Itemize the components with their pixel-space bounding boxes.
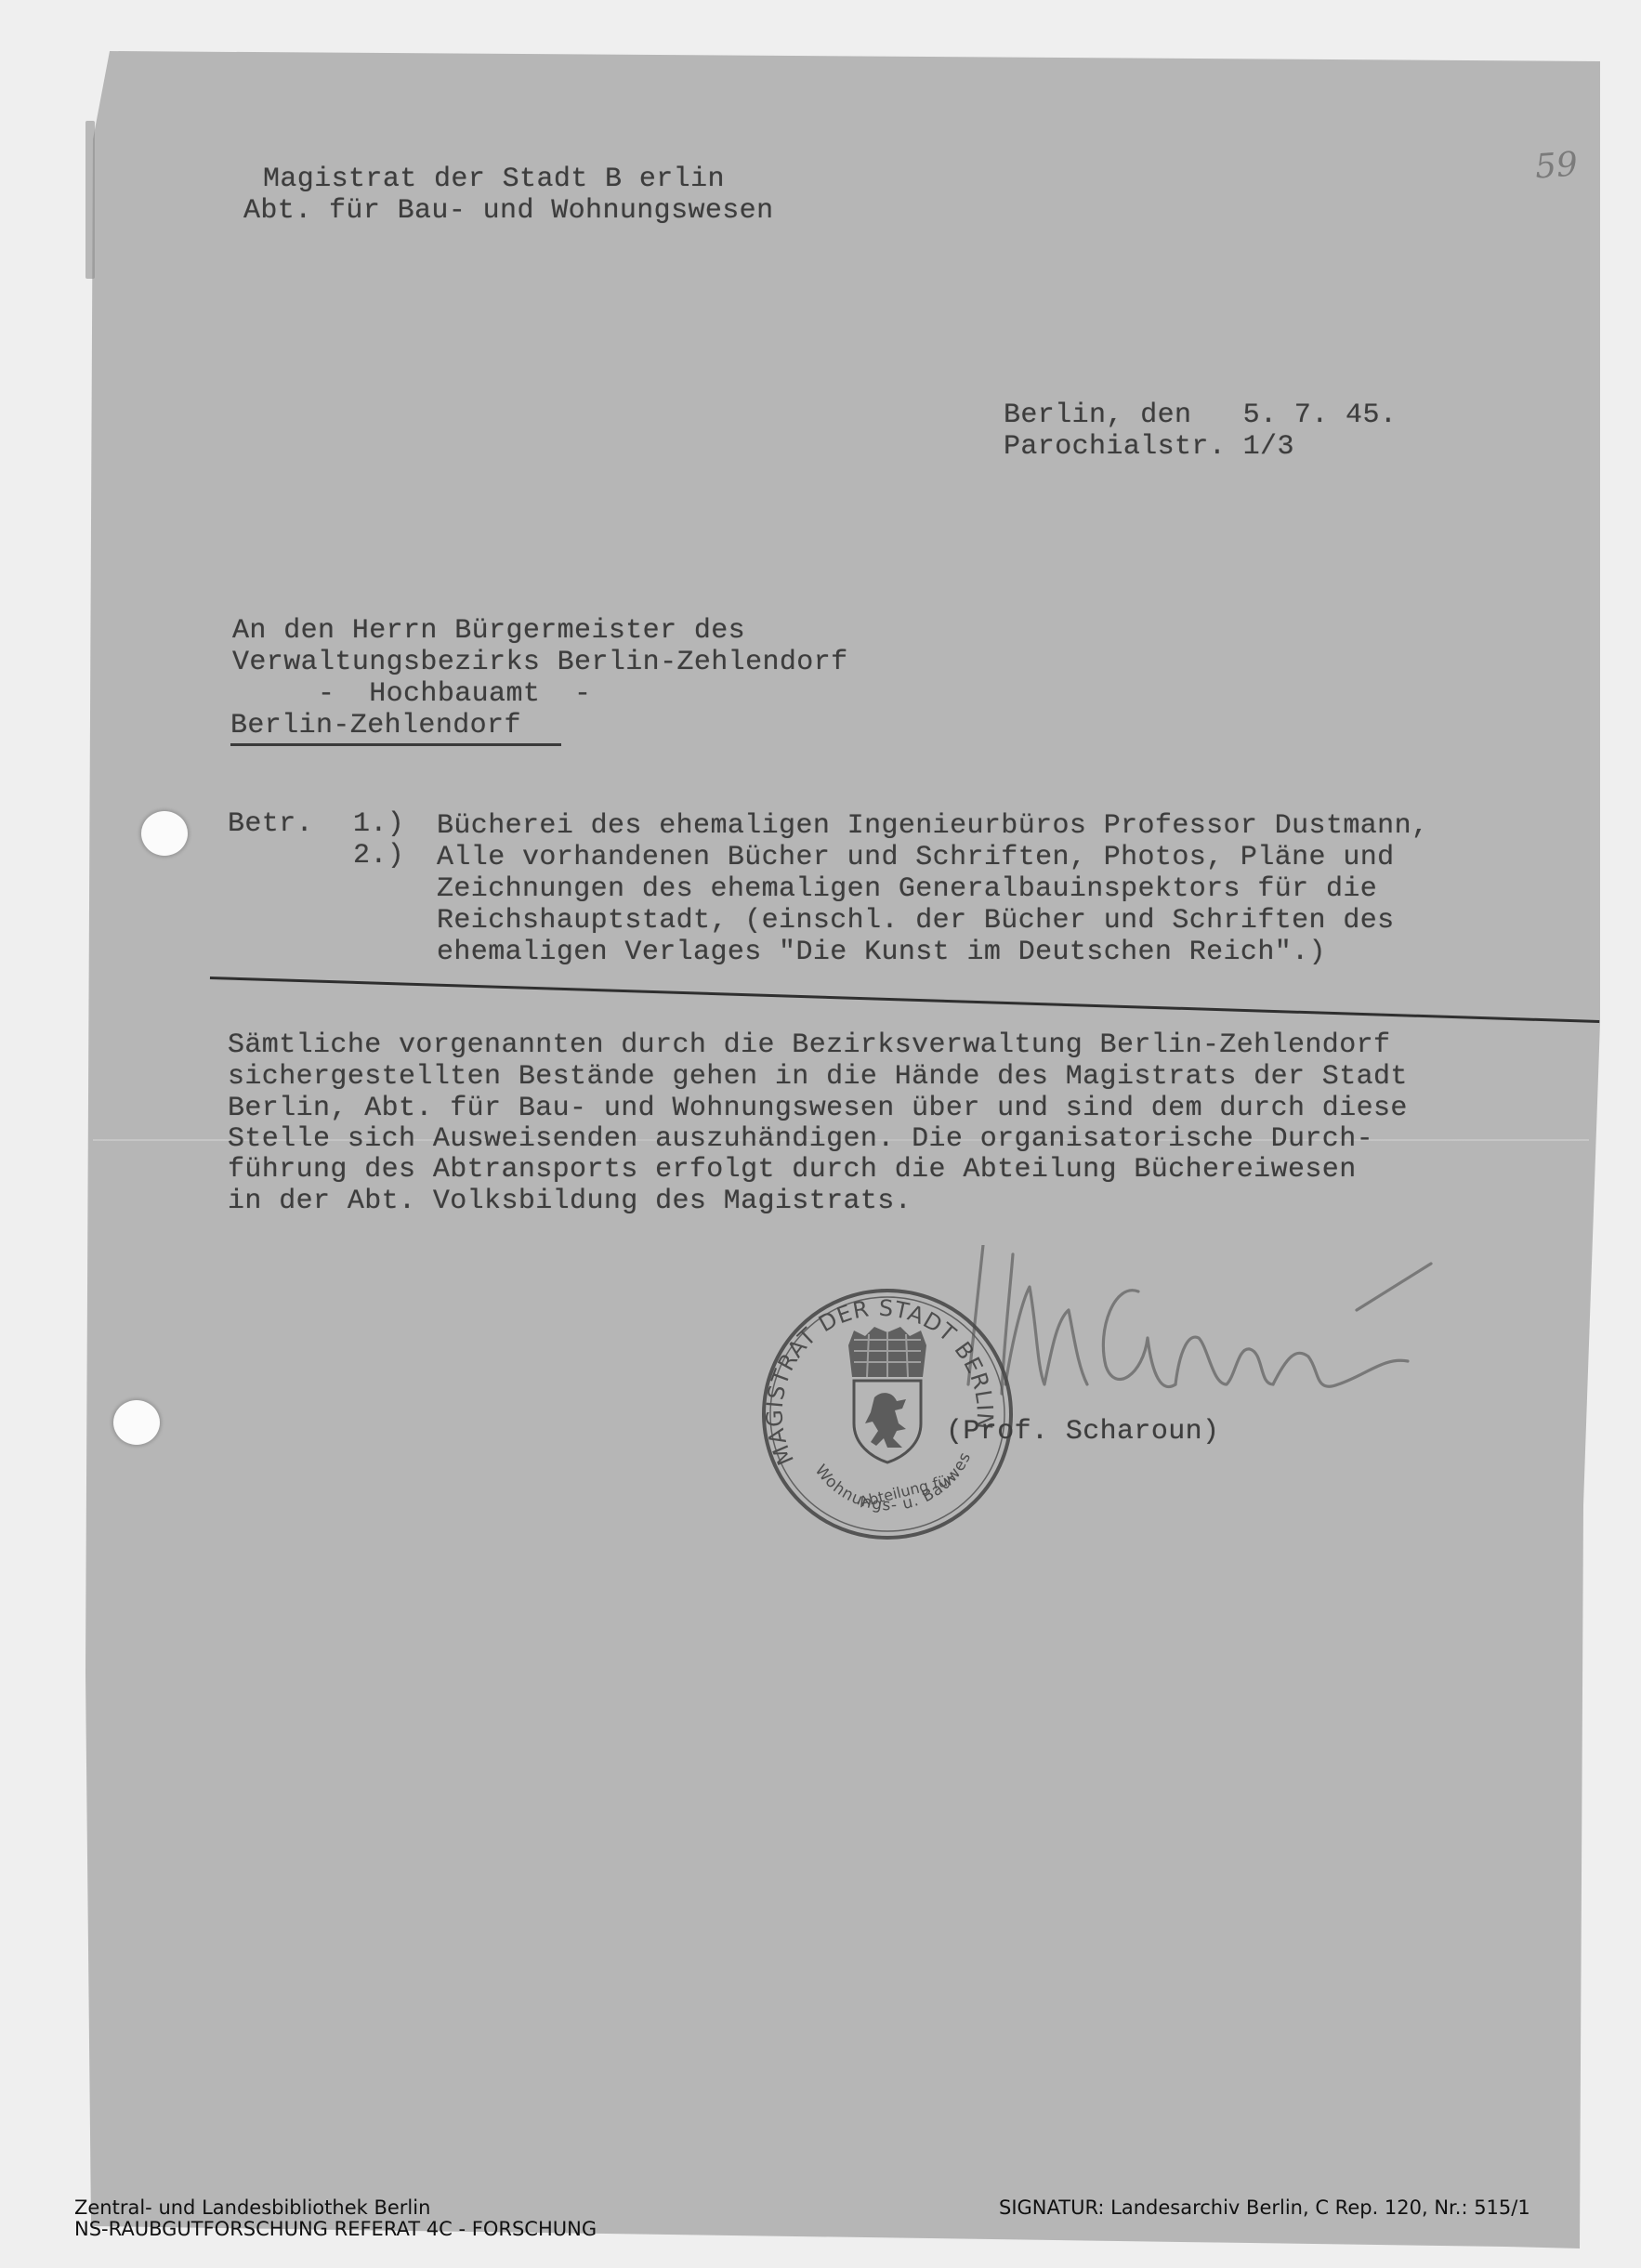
recipient-underline [230, 743, 561, 746]
body-line-3: Berlin, Abt. für Bau- und Wohnungswesen … [228, 1093, 1408, 1124]
footer-library-name: Zentral- und Landesbibliothek Berlin [74, 2196, 430, 2219]
subject-item-1-number: 1.) [353, 808, 404, 840]
berlin-coat-of-arms-icon [848, 1327, 926, 1462]
body-line-4: Stelle sich Ausweisenden auszuhändigen. … [228, 1123, 1373, 1155]
subject-item-2-line-1: Alle vorhandenen Bücher und Schriften, P… [437, 842, 1395, 873]
recipient-line-3: - Hochbauamt - [232, 678, 591, 710]
subject-item-2-line-2: Zeichnungen des ehemaligen Generalbauins… [437, 873, 1377, 905]
date-line: Berlin, den 5. 7. 45. [1004, 400, 1397, 431]
punch-hole-top [141, 811, 188, 856]
official-stamp: MAGISTRAT DER STADT BERLIN Abteilung für… [757, 1284, 1017, 1544]
underlying-sheet-edge [85, 121, 95, 279]
subject-item-2-line-4: ehemaligen Verlages "Die Kunst im Deutsc… [437, 937, 1326, 968]
letterhead-line-2: Abt. für Bau- und Wohnungswesen [243, 195, 774, 227]
body-line-1: Sämtliche vorgenannten durch die Bezirks… [228, 1029, 1390, 1061]
subject-label: Betr. [228, 808, 313, 840]
subject-item-1-line-1: Bücherei des ehemaligen Ingenieurbüros P… [437, 810, 1428, 842]
letterhead-line-1: Magistrat der Stadt B erlin [263, 164, 725, 195]
signatory-name: (Prof. Scharoun) [946, 1416, 1219, 1448]
recipient-line-1: An den Herrn Bürgermeister des [232, 615, 745, 647]
punch-hole-bottom [113, 1400, 160, 1445]
footer-department: NS-RAUBGUTFORSCHUNG REFERAT 4C - FORSCHU… [74, 2218, 597, 2240]
body-line-2: sichergestellten Bestände gehen in die H… [228, 1061, 1408, 1093]
body-line-6: in der Abt. Volksbildung des Magistrats. [228, 1186, 912, 1217]
subject-item-2-number: 2.) [353, 840, 404, 872]
recipient-line-4: Berlin-Zehlendorf [230, 710, 521, 741]
handwritten-signature [948, 1245, 1487, 1412]
address-line: Parochialstr. 1/3 [1004, 431, 1294, 463]
subject-item-2-line-3: Reichshauptstadt, (einschl. der Bücher u… [437, 905, 1395, 937]
folio-number: 59 [1534, 145, 1580, 186]
body-line-5: führung des Abtransports erfolgt durch d… [228, 1154, 1357, 1186]
footer-archive-signature: SIGNATUR: Landesarchiv Berlin, C Rep. 12… [999, 2196, 1530, 2219]
recipient-line-2: Verwaltungsbezirks Berlin-Zehlendorf [232, 647, 848, 678]
